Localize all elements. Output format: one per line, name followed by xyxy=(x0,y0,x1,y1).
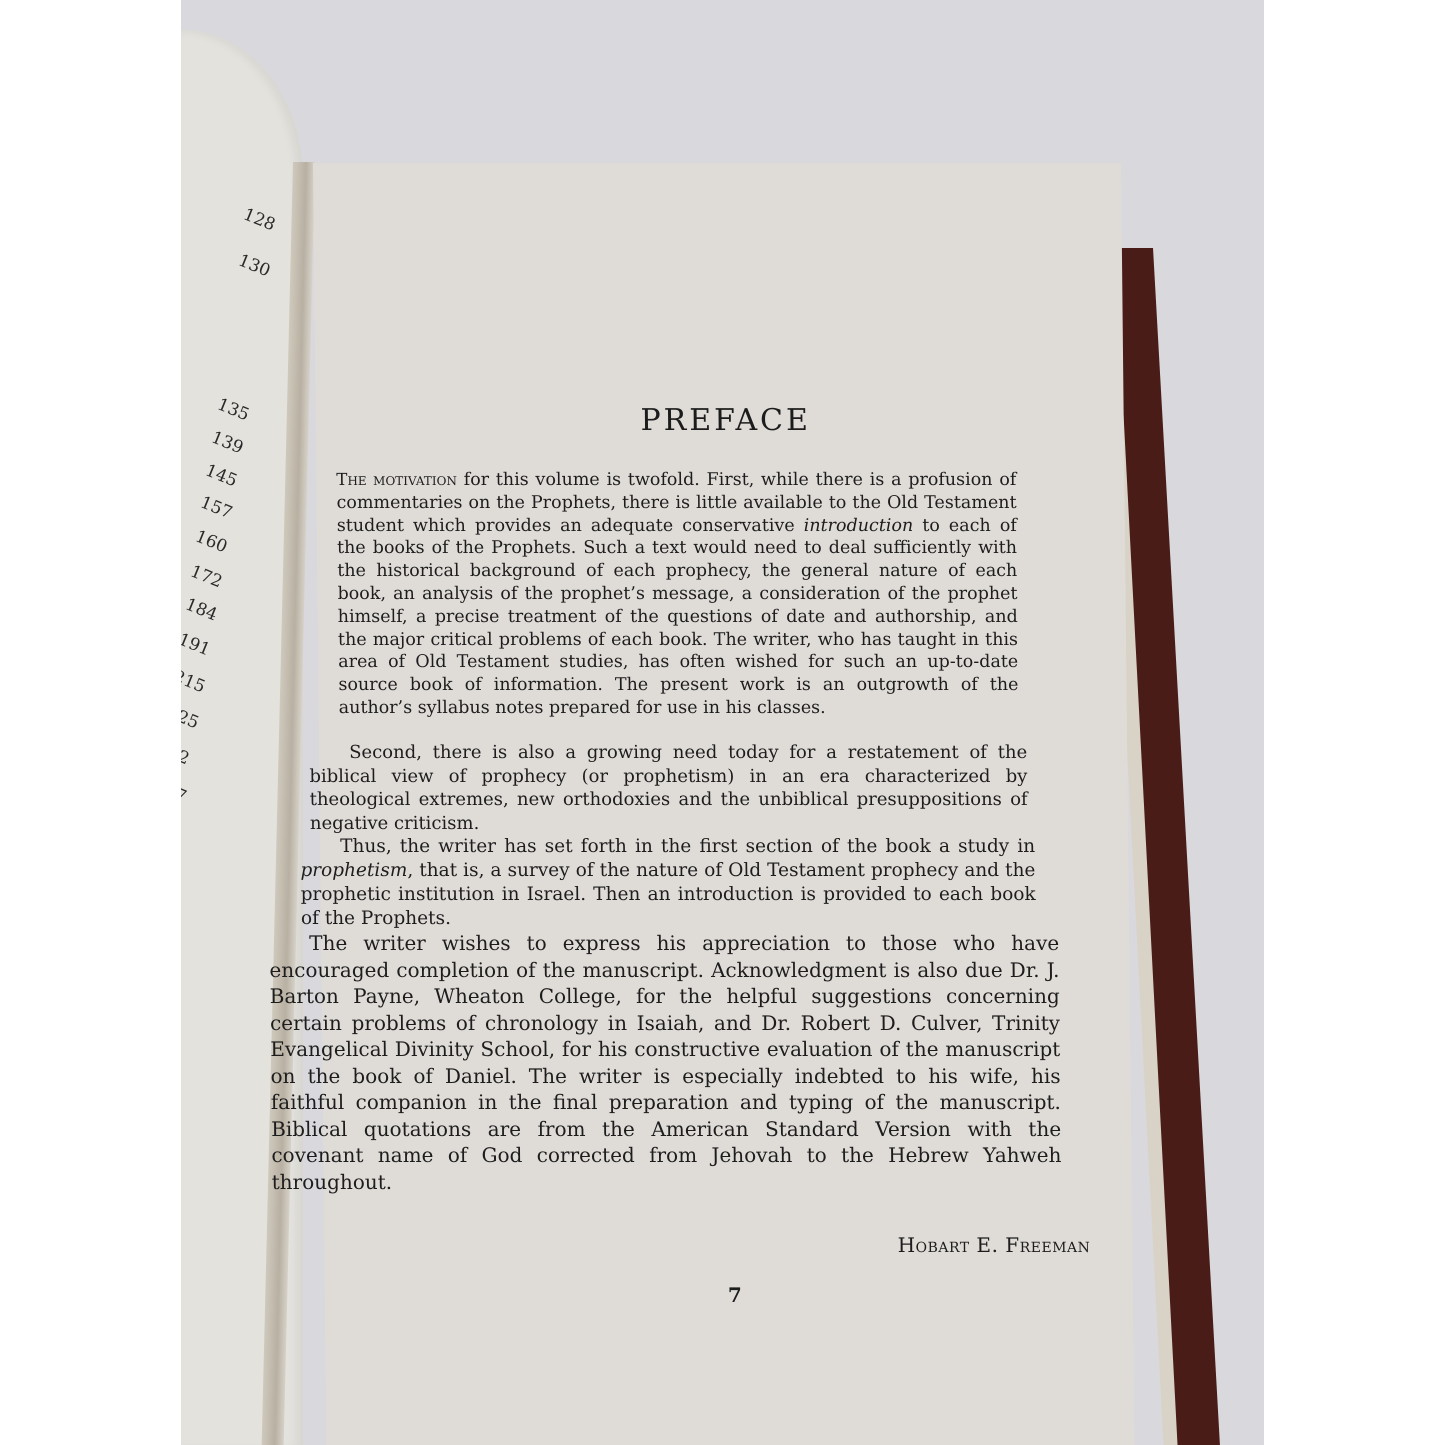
toc-page-number: 157 xyxy=(197,493,235,524)
preface-paragraph-4: The writer wishes to express his appreci… xyxy=(269,930,1062,1195)
preface-paragraph-1: The motivation for this volume is twofol… xyxy=(336,469,1019,720)
italic-term: prophetism xyxy=(300,860,407,881)
toc-page-number: 145 xyxy=(202,461,240,492)
toc-page-number: 191 xyxy=(181,630,213,661)
toc-page-number: 172 xyxy=(187,562,225,593)
preface-paragraph-2: Second, there is also a growing need tod… xyxy=(309,741,1028,835)
toc-page-number: 139 xyxy=(208,428,246,459)
toc-page-number: 130 xyxy=(235,251,273,282)
book-photo: 128 130 135 139 145 157 160 172 184 191 … xyxy=(181,0,1264,1445)
toc-page-number: 135 xyxy=(214,395,252,426)
author-signature: Hobart E. Freeman xyxy=(898,1233,1091,1257)
toc-page-number: 25 xyxy=(181,707,202,734)
toc-page-number: 7 xyxy=(181,785,189,808)
page-number: 7 xyxy=(325,1283,1145,1307)
italic-term: introduction xyxy=(804,516,914,536)
preface-page: PREFACE The motivation for this volume i… xyxy=(313,163,1135,1445)
toc-page-number: 215 xyxy=(181,667,208,698)
toc-page-number: 160 xyxy=(192,527,230,558)
lead-in: The motivation xyxy=(336,470,457,489)
toc-page-number: 184 xyxy=(182,595,220,626)
preface-paragraph-3: Thus, the writer has set forth in the fi… xyxy=(300,835,1036,931)
toc-page-number: 128 xyxy=(240,205,278,236)
toc-page-number: 2 xyxy=(181,747,192,770)
page-title: PREFACE xyxy=(316,403,1136,438)
